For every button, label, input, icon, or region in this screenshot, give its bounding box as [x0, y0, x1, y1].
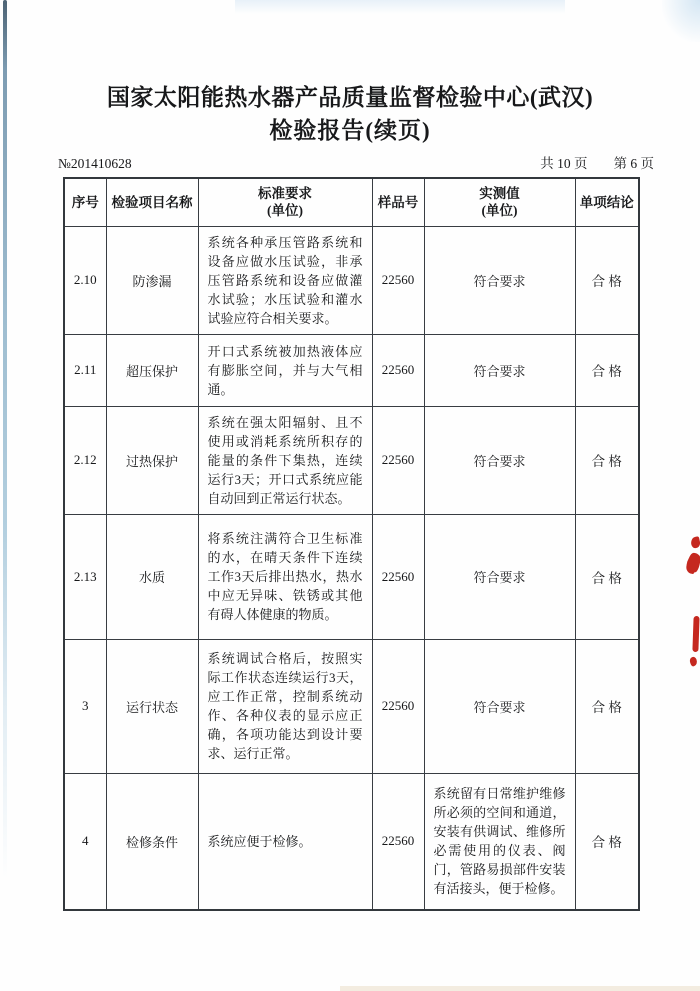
table-row: 2.11 超压保护 开口式系统被加热液体应有膨胀空间，并与大气相通。 22560… [64, 334, 639, 406]
cell-item-name: 检修条件 [106, 773, 198, 910]
cell-sample-no: 22560 [372, 406, 424, 514]
cell-standard: 系统在强太阳辐射、且不使用或消耗系统所积存的能量的条件下集热，连续运行3天；开口… [198, 406, 372, 514]
scan-smudge-top [235, 0, 565, 14]
table-row: 3 运行状态 系统调试合格后，按照实际工作状态连续运行3天，应工作正常，控制系统… [64, 639, 639, 773]
table-row: 2.10 防渗漏 系统各种承压管路系统和设备应做水压试验，非承压管路系统和设备应… [64, 226, 639, 334]
table-header-row: 序号 检验项目名称 标准要求 (单位) 样品号 实测值 (单位) 单项结论 [64, 178, 639, 226]
cell-measured: 符合要求 [424, 226, 575, 334]
current-page: 第 6 页 [614, 156, 655, 172]
cell-seq: 2.10 [64, 226, 106, 334]
cell-standard: 开口式系统被加热液体应有膨胀空间，并与大气相通。 [198, 334, 372, 406]
cell-conclusion: 合 格 [575, 514, 639, 639]
cell-sample-no: 22560 [372, 514, 424, 639]
cell-standard: 系统各种承压管路系统和设备应做水压试验，非承压管路系统和设备应做灌水试验；水压试… [198, 226, 372, 334]
cell-seq: 3 [64, 639, 106, 773]
cell-item-name: 防渗漏 [106, 226, 198, 334]
cell-conclusion: 合 格 [575, 406, 639, 514]
cell-seq: 2.12 [64, 406, 106, 514]
red-stamp-fragment [692, 616, 699, 652]
cell-measured: 符合要求 [424, 639, 575, 773]
scanned-report-page: { "page": { "title_line1": "国家太阳能热水器产品质量… [0, 0, 700, 991]
cell-conclusion: 合 格 [575, 773, 639, 910]
cell-standard: 将系统注满符合卫生标准的水，在晴天条件下连续工作3天后排出热水，热水中应无异味、… [198, 514, 372, 639]
cell-measured: 符合要求 [424, 514, 575, 639]
cell-sample-no: 22560 [372, 639, 424, 773]
cell-measured: 系统留有日常维护维修所必须的空间和通道，安装有供调试、维修所必需使用的仪表、阀门… [424, 773, 575, 910]
table-body: 2.10 防渗漏 系统各种承压管路系统和设备应做水压试验，非承压管路系统和设备应… [64, 226, 639, 910]
red-stamp-fragment [690, 536, 700, 549]
table-row: 2.13 水质 将系统注满符合卫生标准的水，在晴天条件下连续工作3天后排出热水，… [64, 514, 639, 639]
header-item-name: 检验项目名称 [106, 178, 198, 226]
header-seq: 序号 [64, 178, 106, 226]
cell-standard: 系统应便于检修。 [198, 773, 372, 910]
cell-sample-no: 22560 [372, 773, 424, 910]
cell-sample-no: 22560 [372, 334, 424, 406]
scan-smudge-top-right [662, 0, 700, 42]
cell-item-name: 运行状态 [106, 639, 198, 773]
cell-seq: 2.13 [64, 514, 106, 639]
table-row: 4 检修条件 系统应便于检修。 22560 系统留有日常维护维修所必须的空间和通… [64, 773, 639, 910]
header-standard: 标准要求 (单位) [198, 178, 372, 226]
page-indicator: 共 10 页 第 6 页 [540, 156, 654, 172]
cell-conclusion: 合 格 [575, 639, 639, 773]
cell-sample-no: 22560 [372, 226, 424, 334]
cell-conclusion: 合 格 [575, 334, 639, 406]
report-number: №201410628 [58, 156, 132, 172]
total-pages: 共 10 页 [540, 156, 587, 172]
scan-edge-shadow-left [3, 0, 7, 880]
scan-shadow-bottom [340, 986, 700, 991]
cell-seq: 2.11 [64, 334, 106, 406]
cell-item-name: 超压保护 [106, 334, 198, 406]
cell-standard: 系统调试合格后，按照实际工作状态连续运行3天，应工作正常，控制系统动作、各种仪表… [198, 639, 372, 773]
red-stamp-fragment [689, 656, 699, 667]
meta-row: №201410628 共 10 页 第 6 页 [58, 156, 654, 172]
inspection-result-table: 序号 检验项目名称 标准要求 (单位) 样品号 实测值 (单位) 单项结论 2.… [63, 177, 640, 911]
cell-item-name: 过热保护 [106, 406, 198, 514]
header-measured: 实测值 (单位) [424, 178, 575, 226]
cell-measured: 符合要求 [424, 334, 575, 406]
red-stamp-fragment [687, 552, 700, 572]
cell-item-name: 水质 [106, 514, 198, 639]
title-report-type: 检验报告(续页) [0, 113, 700, 149]
cell-seq: 4 [64, 773, 106, 910]
cell-measured: 符合要求 [424, 406, 575, 514]
cell-conclusion: 合 格 [575, 226, 639, 334]
header-conclusion: 单项结论 [575, 178, 639, 226]
document-title: 国家太阳能热水器产品质量监督检验中心(武汉) 检验报告(续页) [0, 82, 700, 149]
table-header: 序号 检验项目名称 标准要求 (单位) 样品号 实测值 (单位) 单项结论 [64, 178, 639, 226]
table-row: 2.12 过热保护 系统在强太阳辐射、且不使用或消耗系统所积存的能量的条件下集热… [64, 406, 639, 514]
header-sample-no: 样品号 [372, 178, 424, 226]
title-org-name: 国家太阳能热水器产品质量监督检验中心(武汉) [0, 82, 700, 113]
